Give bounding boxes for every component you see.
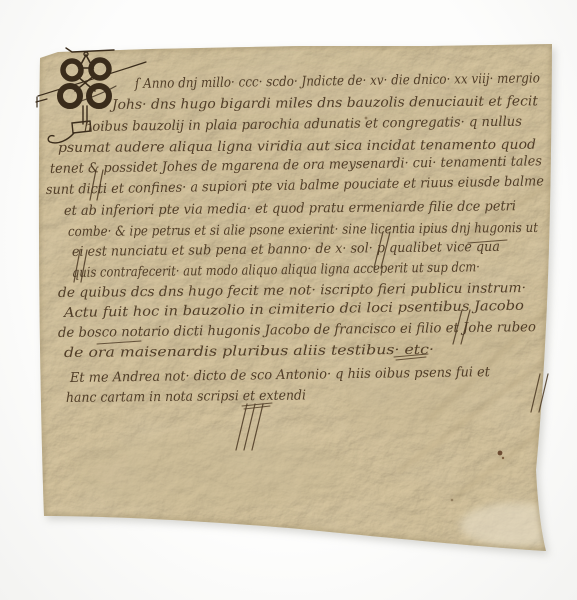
manuscript-line-14: de ora maisenardis pluribus aliis testib… xyxy=(64,342,434,361)
manuscript-line-4: psumat audere aliqua ligna viridia aut s… xyxy=(58,137,536,156)
manuscript-photo: ſ Anno dnj millo· ccc· scdo· Jndicte de·… xyxy=(0,0,577,600)
parchment-graphic: ſ Anno dnj millo· ccc· scdo· Jndicte de·… xyxy=(0,0,577,600)
